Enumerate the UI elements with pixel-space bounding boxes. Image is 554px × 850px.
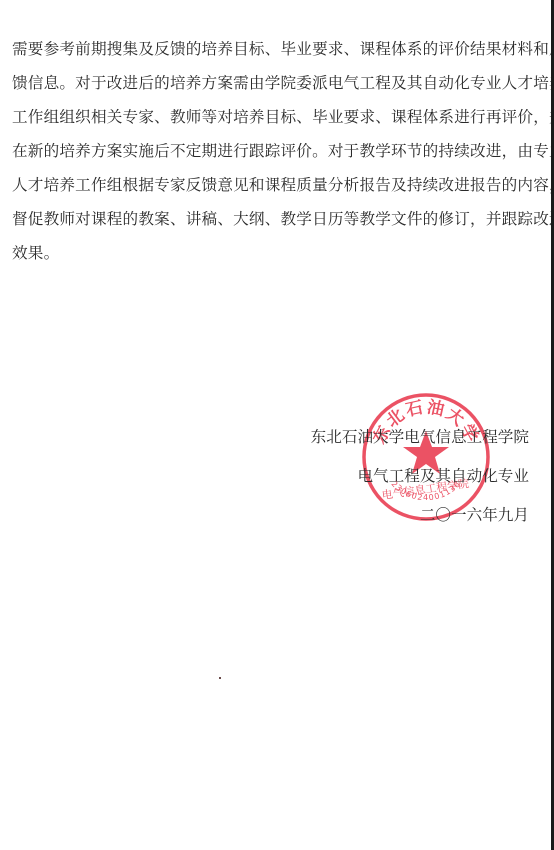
paragraph-line: 需要参考前期搜集及反馈的培养目标、毕业要求、课程体系的评价结果材料和反: [12, 32, 542, 66]
scan-speck: [219, 677, 221, 679]
signature-block: 东北石油大学电气信息工程学院 电气工程及其自动化专业 二〇一六年九月: [311, 424, 529, 541]
body-paragraph: 需要参考前期搜集及反馈的培养目标、毕业要求、课程体系的评价结果材料和反 馈信息。…: [12, 32, 542, 270]
paragraph-line: 馈信息。对于改进后的培养方案需由学院委派电气工程及其自动化专业人才培养: [12, 66, 542, 100]
signature-institution: 东北石油大学电气信息工程学院: [311, 424, 529, 463]
signature-department: 电气工程及其自动化专业: [311, 463, 529, 502]
paragraph-line: 人才培养工作组根据专家反馈意见和课程质量分析报告及持续改进报告的内容，: [12, 168, 542, 202]
paragraph-line: 督促教师对课程的教案、讲稿、大纲、教学日历等教学文件的修订，并跟踪改进: [12, 202, 542, 236]
paragraph-line: 效果。: [12, 236, 542, 270]
paragraph-line: 工作组组织相关专家、教师等对培养目标、毕业要求、课程体系进行再评价，并: [12, 100, 542, 134]
paragraph-line: 在新的培养方案实施后不定期进行跟踪评价。对于教学环节的持续改进，由专业: [12, 134, 542, 168]
signature-date: 二〇一六年九月: [311, 502, 529, 541]
document-page: 需要参考前期搜集及反馈的培养目标、毕业要求、课程体系的评价结果材料和反 馈信息。…: [0, 0, 551, 850]
